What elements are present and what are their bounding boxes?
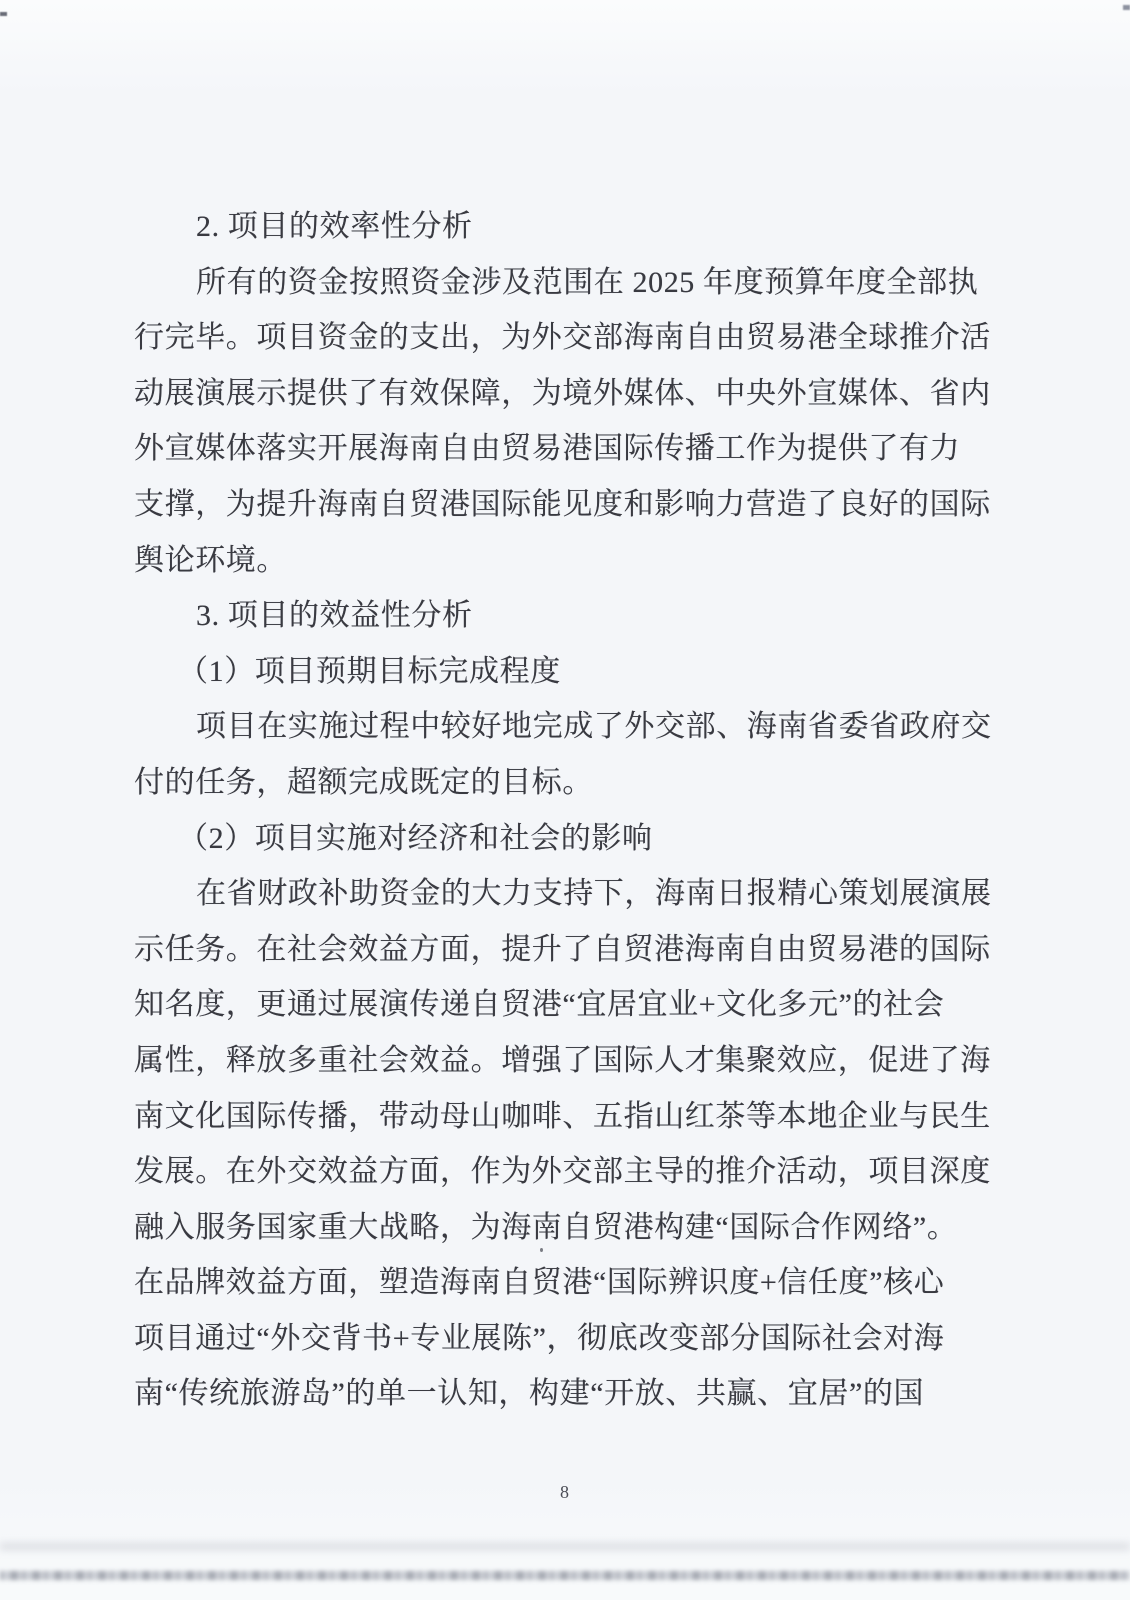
- text-line: 南“传统旅游岛”的单一认知，构建“开放、共赢、宜居”的国: [134, 1366, 994, 1422]
- text-line: 属性，释放多重社会效益。增强了国际人才集聚效应，促进了海: [134, 1033, 994, 1089]
- text-line: 付的任务，超额完成既定的目标。: [134, 755, 994, 811]
- text-line: 舆论环境。: [134, 533, 994, 589]
- text-line: 项目在实施过程中较好地完成了外交部、海南省委省政府交: [134, 699, 994, 755]
- section-heading-benefit: 3. 项目的效益性分析: [134, 588, 994, 644]
- scan-artifact-band: [0, 1571, 1130, 1580]
- text-line: 知名度，更通过展演传递自贸港“宜居宜业+文化多元”的社会: [134, 977, 994, 1033]
- text-line: 发展。在外交效益方面，作为外交部主导的推介活动，项目深度: [134, 1144, 994, 1200]
- text-line: 融入服务国家重大战略，为海南自贸港构建“国际合作网络”。: [134, 1200, 994, 1256]
- sub-heading-goal-completion: （1）项目预期目标完成程度: [134, 644, 994, 700]
- text-line: 示任务。在社会效益方面，提升了自贸港海南自由贸易港的国际: [134, 922, 994, 978]
- text-line: 支撑，为提升海南自贸港国际能见度和影响力营造了良好的国际: [134, 477, 994, 533]
- text-line: 所有的资金按照资金涉及范围在 2025 年度预算年度全部执: [134, 255, 994, 311]
- scanned-document-page: 2. 项目的效率性分析 所有的资金按照资金涉及范围在 2025 年度预算年度全部…: [0, 0, 1130, 1600]
- text-line: 在品牌效益方面，塑造海南自贸港“国际辨识度+信任度”核心: [134, 1255, 994, 1311]
- text-line: 南文化国际传播，带动母山咖啡、五指山红茶等本地企业与民生: [134, 1089, 994, 1145]
- scan-artifact-band-faint: [0, 1543, 1130, 1550]
- text-line: 行完毕。项目资金的支出，为外交部海南自由贸易港全球推介活: [134, 310, 994, 366]
- text-line: 在省财政补助资金的大力支持下，海南日报精心策划展演展: [134, 866, 994, 922]
- section-heading-efficiency: 2. 项目的效率性分析: [134, 199, 994, 255]
- document-body: 2. 项目的效率性分析 所有的资金按照资金涉及范围在 2025 年度预算年度全部…: [134, 199, 994, 1422]
- scan-edge-mark-right: [1123, 5, 1130, 10]
- scan-edge-mark-left: [0, 12, 7, 16]
- sub-heading-economic-social-impact: （2）项目实施对经济和社会的影响: [134, 811, 994, 867]
- text-line: 项目通过“外交背书+专业展陈”，彻底改变部分国际社会对海: [134, 1311, 994, 1367]
- text-line: 动展演展示提供了有效保障，为境外媒体、中央外宣媒体、省内: [134, 366, 994, 422]
- text-line: 外宣媒体落实开展海南自由贸易港国际传播工作为提供了有力: [134, 421, 994, 477]
- page-number: 8: [0, 1482, 1130, 1503]
- scan-speck: [540, 1248, 543, 1252]
